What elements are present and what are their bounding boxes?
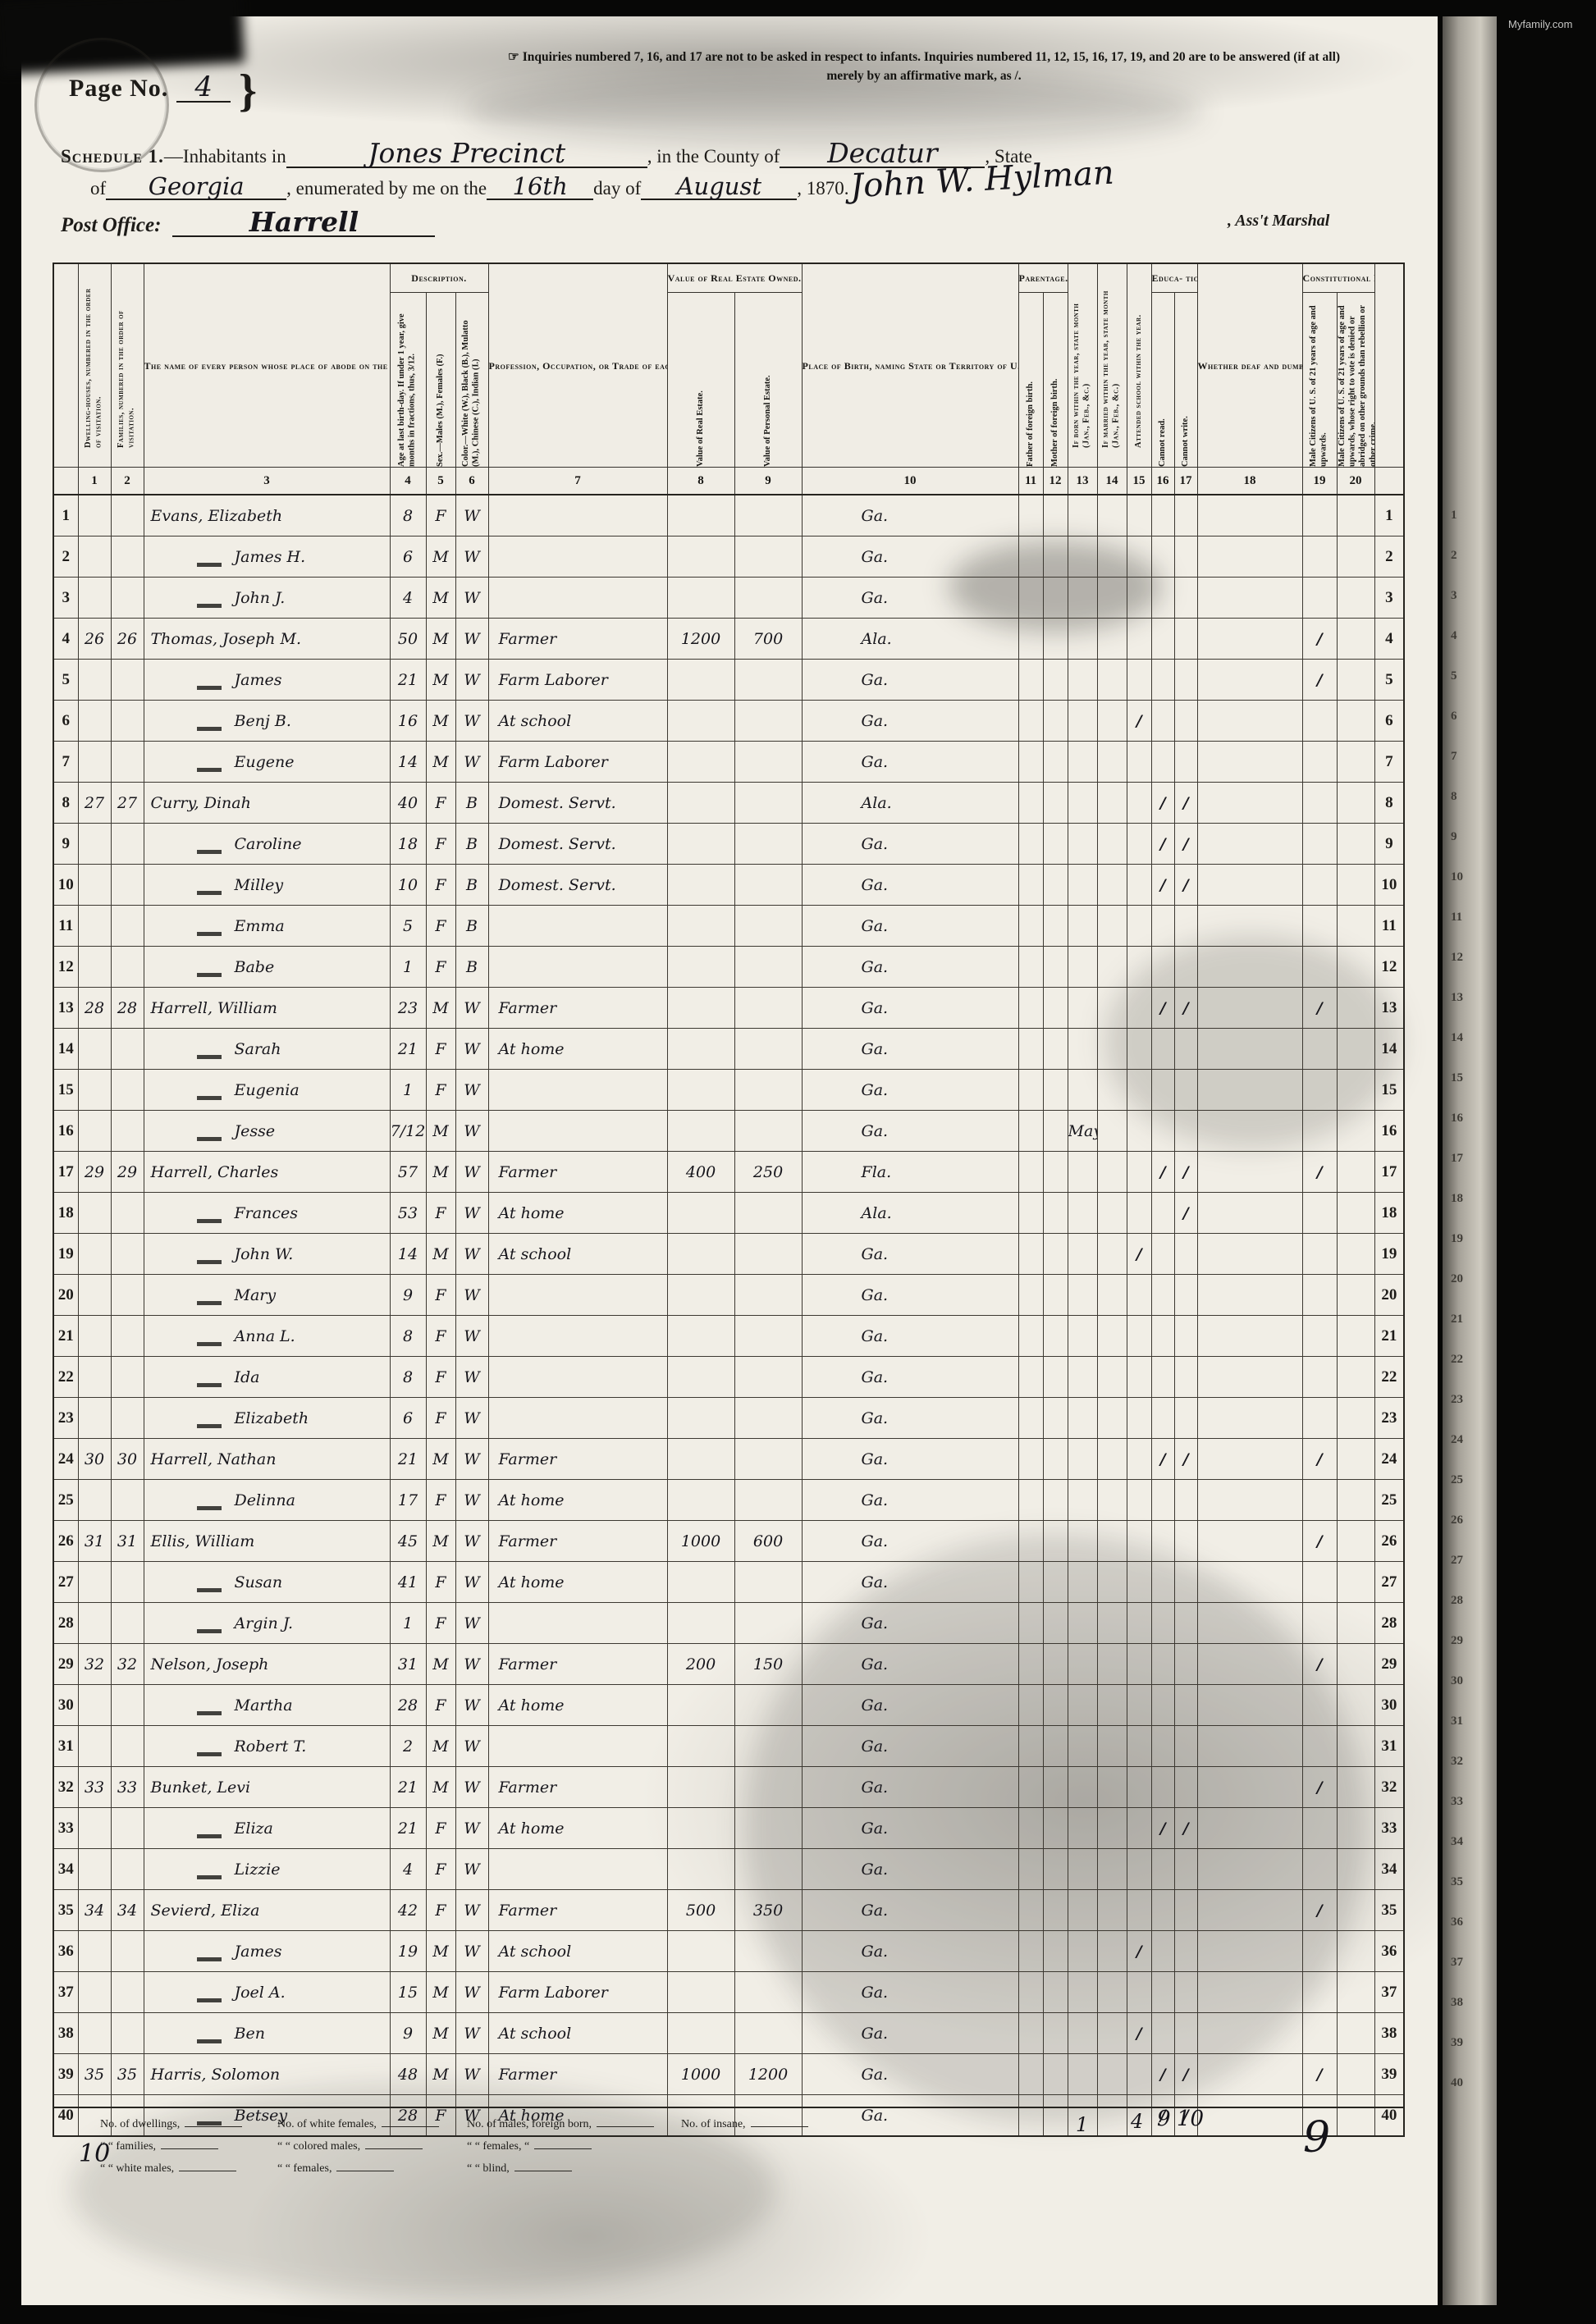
cell-cannot-read bbox=[1151, 619, 1174, 660]
cell-citizen-denied bbox=[1337, 1890, 1374, 1931]
cell-personal-estate bbox=[734, 1398, 802, 1439]
cell-attended-school bbox=[1127, 1480, 1151, 1521]
cell-male-citizen bbox=[1302, 947, 1337, 988]
cell-cannot-write bbox=[1174, 947, 1197, 988]
cell-marriage-month bbox=[1097, 1767, 1127, 1808]
cell-citizen-denied bbox=[1337, 1726, 1374, 1767]
cell-cannot-read: / bbox=[1151, 988, 1174, 1029]
cell-deaf-dumb bbox=[1197, 1808, 1302, 1849]
margin-col bbox=[53, 263, 78, 468]
cell-personal-estate bbox=[734, 947, 802, 988]
cell-deaf-dumb bbox=[1197, 865, 1302, 906]
table-row: 19John W.14MWAt schoolGa./19 bbox=[53, 1234, 1404, 1275]
cell-color: B bbox=[455, 947, 488, 988]
cell-attended-school bbox=[1127, 1316, 1151, 1357]
cell-birthplace: Ga. bbox=[802, 1357, 1018, 1398]
cell-father-foreign bbox=[1018, 2054, 1043, 2095]
row-number-right: 27 bbox=[1374, 1562, 1404, 1603]
cell-family bbox=[111, 865, 144, 906]
row-number-right: 8 bbox=[1374, 783, 1404, 824]
cell-occupation bbox=[488, 1603, 667, 1644]
cell-dwelling bbox=[78, 660, 111, 701]
cell-birth-month bbox=[1068, 1521, 1097, 1562]
cell-birthplace: Ga. bbox=[802, 2013, 1018, 2054]
cell-birthplace: Ga. bbox=[802, 865, 1018, 906]
cell-mother-foreign bbox=[1043, 783, 1068, 824]
cell-deaf-dumb bbox=[1197, 1890, 1302, 1931]
cell-age: 50 bbox=[390, 619, 426, 660]
cell-mother-foreign bbox=[1043, 1808, 1068, 1849]
written-total-col15: 4 bbox=[1131, 2110, 1143, 2133]
cell-occupation bbox=[488, 1111, 667, 1152]
cell-sex: F bbox=[426, 1849, 455, 1890]
cell-occupation: Farm Laborer bbox=[488, 660, 667, 701]
cell-dwelling: 29 bbox=[78, 1152, 111, 1193]
cell-color: W bbox=[455, 1111, 488, 1152]
cell-marriage-month bbox=[1097, 1849, 1127, 1890]
row-number-left: 29 bbox=[53, 1644, 78, 1685]
cell-deaf-dumb bbox=[1197, 1480, 1302, 1521]
cell-cannot-write bbox=[1174, 701, 1197, 742]
cell-real-estate bbox=[667, 988, 734, 1029]
district-value: Jones Precinct bbox=[286, 139, 647, 168]
cell-father-foreign bbox=[1018, 1562, 1043, 1603]
day-of-label: day of bbox=[593, 178, 641, 199]
table-row: 15Eugenia1FWGa.15 bbox=[53, 1070, 1404, 1111]
cell-marriage-month bbox=[1097, 1972, 1127, 2013]
cell-dwelling bbox=[78, 947, 111, 988]
cell-family: 34 bbox=[111, 1890, 144, 1931]
cell-name: James bbox=[144, 660, 390, 701]
cell-cannot-read: / bbox=[1151, 1439, 1174, 1480]
table-row: 27Susan41FWAt homeGa.27 bbox=[53, 1562, 1404, 1603]
cell-name: Babe bbox=[144, 947, 390, 988]
cell-mother-foreign bbox=[1043, 1439, 1068, 1480]
cell-birth-month bbox=[1068, 495, 1097, 536]
cell-citizen-denied bbox=[1337, 1234, 1374, 1275]
cell-birth-month bbox=[1068, 947, 1097, 988]
cell-cannot-write bbox=[1174, 495, 1197, 536]
cell-marriage-month bbox=[1097, 1931, 1127, 1972]
cell-marriage-month bbox=[1097, 1644, 1127, 1685]
cell-occupation bbox=[488, 1849, 667, 1890]
cell-birth-month bbox=[1068, 906, 1097, 947]
margin-col-right bbox=[1374, 263, 1404, 468]
cell-sex: M bbox=[426, 1234, 455, 1275]
cell-male-citizen bbox=[1302, 578, 1337, 619]
cell-sex: F bbox=[426, 1275, 455, 1316]
cell-name: Sarah bbox=[144, 1029, 390, 1070]
cell-family bbox=[111, 1193, 144, 1234]
col8-header: Value of Real Estate. bbox=[667, 293, 734, 468]
cell-personal-estate bbox=[734, 1439, 802, 1480]
cell-color: B bbox=[455, 865, 488, 906]
cell-occupation bbox=[488, 495, 667, 536]
cell-age: 31 bbox=[390, 1644, 426, 1685]
cell-deaf-dumb bbox=[1197, 1562, 1302, 1603]
cell-age: 28 bbox=[390, 1685, 426, 1726]
cell-color: W bbox=[455, 1316, 488, 1357]
cell-color: W bbox=[455, 1275, 488, 1316]
cell-marriage-month bbox=[1097, 1398, 1127, 1439]
cell-occupation: Domest. Servt. bbox=[488, 865, 667, 906]
table-row: 34Lizzie4FWGa.34 bbox=[53, 1849, 1404, 1890]
cell-age: 7/12 bbox=[390, 1111, 426, 1152]
cell-deaf-dumb bbox=[1197, 1111, 1302, 1152]
cell-dwelling bbox=[78, 1685, 111, 1726]
cell-name: Frances bbox=[144, 1193, 390, 1234]
cell-real-estate bbox=[667, 824, 734, 865]
cell-age: 4 bbox=[390, 578, 426, 619]
cell-deaf-dumb bbox=[1197, 536, 1302, 578]
cell-cannot-write bbox=[1174, 578, 1197, 619]
cell-birth-month bbox=[1068, 1480, 1097, 1521]
cell-citizen-denied bbox=[1337, 947, 1374, 988]
cell-occupation: At home bbox=[488, 1193, 667, 1234]
cell-male-citizen bbox=[1302, 1972, 1337, 2013]
cell-marriage-month bbox=[1097, 1726, 1127, 1767]
group-constitutional: Constitutional Relations. bbox=[1302, 263, 1374, 293]
cell-family bbox=[111, 1070, 144, 1111]
cell-father-foreign bbox=[1018, 701, 1043, 742]
cell-dwelling bbox=[78, 1111, 111, 1152]
cell-sex: M bbox=[426, 536, 455, 578]
cell-attended-school bbox=[1127, 1562, 1151, 1603]
cell-age: 9 bbox=[390, 1275, 426, 1316]
cell-family: 26 bbox=[111, 619, 144, 660]
cell-family: 35 bbox=[111, 2054, 144, 2095]
cell-citizen-denied bbox=[1337, 1562, 1374, 1603]
cell-dwelling bbox=[78, 1070, 111, 1111]
cell-deaf-dumb bbox=[1197, 1972, 1302, 2013]
row-number-left: 21 bbox=[53, 1316, 78, 1357]
cell-birthplace: Ga. bbox=[802, 1726, 1018, 1767]
edge-row-number: 26 bbox=[1451, 1500, 1463, 1541]
column-number-row: 1234567891011121314151617181920 bbox=[53, 468, 1404, 495]
cell-occupation bbox=[488, 947, 667, 988]
row-number-right: 36 bbox=[1374, 1931, 1404, 1972]
edge-row-number: 11 bbox=[1451, 897, 1463, 938]
cell-age: 8 bbox=[390, 1357, 426, 1398]
cell-real-estate bbox=[667, 1439, 734, 1480]
cell-age: 40 bbox=[390, 783, 426, 824]
column-number: 3 bbox=[144, 468, 390, 495]
cell-age: 1 bbox=[390, 947, 426, 988]
group-value-owned: Value of Real Estate Owned. bbox=[667, 263, 802, 293]
cell-occupation: Domest. Servt. bbox=[488, 824, 667, 865]
cell-male-citizen: / bbox=[1302, 2054, 1337, 2095]
cell-male-citizen bbox=[1302, 536, 1337, 578]
cell-sex: F bbox=[426, 1316, 455, 1357]
row-number-left: 36 bbox=[53, 1931, 78, 1972]
cell-birthplace: Ga. bbox=[802, 536, 1018, 578]
cell-family bbox=[111, 1562, 144, 1603]
cell-dwelling: 35 bbox=[78, 2054, 111, 2095]
cell-occupation: Farmer bbox=[488, 1890, 667, 1931]
cell-marriage-month bbox=[1097, 578, 1127, 619]
cell-name: Harrell, Charles bbox=[144, 1152, 390, 1193]
cell-mother-foreign bbox=[1043, 1357, 1068, 1398]
cell-personal-estate: 700 bbox=[734, 619, 802, 660]
table-row: 36James19MWAt schoolGa./36 bbox=[53, 1931, 1404, 1972]
cell-personal-estate bbox=[734, 742, 802, 783]
row-number-right: 2 bbox=[1374, 536, 1404, 578]
cell-real-estate bbox=[667, 1029, 734, 1070]
cell-birth-month bbox=[1068, 1070, 1097, 1111]
cell-family bbox=[111, 906, 144, 947]
row-number-right: 21 bbox=[1374, 1316, 1404, 1357]
cell-mother-foreign bbox=[1043, 1726, 1068, 1767]
cell-male-citizen bbox=[1302, 701, 1337, 742]
cell-dwelling bbox=[78, 1357, 111, 1398]
cell-birthplace: Ga. bbox=[802, 947, 1018, 988]
cell-father-foreign bbox=[1018, 1644, 1043, 1685]
cell-cannot-read: / bbox=[1151, 2054, 1174, 2095]
cell-personal-estate bbox=[734, 1193, 802, 1234]
cell-deaf-dumb bbox=[1197, 1931, 1302, 1972]
cell-family bbox=[111, 1685, 144, 1726]
row-number-left: 23 bbox=[53, 1398, 78, 1439]
row-number-left: 40 bbox=[53, 2095, 78, 2137]
cell-personal-estate: 1200 bbox=[734, 2054, 802, 2095]
cell-cannot-read bbox=[1151, 1070, 1174, 1111]
cell-occupation: At home bbox=[488, 1685, 667, 1726]
cell-personal-estate: 350 bbox=[734, 1890, 802, 1931]
cell-cannot-read bbox=[1151, 701, 1174, 742]
row-number-right: 10 bbox=[1374, 865, 1404, 906]
cell-male-citizen bbox=[1302, 1398, 1337, 1439]
cell-color: W bbox=[455, 1152, 488, 1193]
cell-dwelling bbox=[78, 1398, 111, 1439]
cell-birth-month bbox=[1068, 1890, 1097, 1931]
cell-color: W bbox=[455, 1726, 488, 1767]
cell-cannot-read bbox=[1151, 660, 1174, 701]
row-number-right: 34 bbox=[1374, 1849, 1404, 1890]
cell-personal-estate bbox=[734, 1111, 802, 1152]
cell-personal-estate bbox=[734, 1275, 802, 1316]
cell-father-foreign bbox=[1018, 1849, 1043, 1890]
cell-father-foreign bbox=[1018, 1767, 1043, 1808]
cell-male-citizen bbox=[1302, 1357, 1337, 1398]
cell-citizen-denied bbox=[1337, 1275, 1374, 1316]
cell-family bbox=[111, 536, 144, 578]
cell-marriage-month bbox=[1097, 1562, 1127, 1603]
cell-age: 23 bbox=[390, 988, 426, 1029]
cell-personal-estate bbox=[734, 2013, 802, 2054]
cell-personal-estate bbox=[734, 988, 802, 1029]
cell-age: 42 bbox=[390, 1890, 426, 1931]
cell-cannot-read bbox=[1151, 742, 1174, 783]
cell-birth-month bbox=[1068, 1234, 1097, 1275]
cell-family bbox=[111, 578, 144, 619]
cell-attended-school bbox=[1127, 1152, 1151, 1193]
footer-label: No. of males, foreign born, bbox=[467, 2118, 592, 2131]
cell-father-foreign bbox=[1018, 1152, 1043, 1193]
row-number-right: 7 bbox=[1374, 742, 1404, 783]
row-number-left: 16 bbox=[53, 1111, 78, 1152]
cell-birthplace: Ga. bbox=[802, 1562, 1018, 1603]
cell-cannot-read bbox=[1151, 1398, 1174, 1439]
row-number-right: 31 bbox=[1374, 1726, 1404, 1767]
row-number-right: 3 bbox=[1374, 578, 1404, 619]
row-number-right: 20 bbox=[1374, 1275, 1404, 1316]
edge-row-number: 29 bbox=[1451, 1621, 1463, 1661]
cell-name: Harris, Solomon bbox=[144, 2054, 390, 2095]
schedule-label: Schedule 1. bbox=[61, 146, 164, 167]
cell-dwelling bbox=[78, 536, 111, 578]
cell-birthplace: Ga. bbox=[802, 1972, 1018, 2013]
edge-row-number: 1 bbox=[1451, 495, 1463, 536]
cell-citizen-denied bbox=[1337, 1029, 1374, 1070]
cell-attended-school bbox=[1127, 783, 1151, 824]
cell-dwelling bbox=[78, 1849, 111, 1890]
cell-deaf-dumb bbox=[1197, 2095, 1302, 2137]
cell-father-foreign bbox=[1018, 1685, 1043, 1726]
cell-real-estate bbox=[667, 495, 734, 536]
col1-header: Dwelling-houses, numbered in the order o… bbox=[78, 263, 111, 468]
cell-sex: M bbox=[426, 1726, 455, 1767]
cell-occupation: At school bbox=[488, 2013, 667, 2054]
cell-attended-school bbox=[1127, 1603, 1151, 1644]
month-value: August bbox=[641, 175, 797, 200]
cell-cannot-write: / bbox=[1174, 783, 1197, 824]
cell-mother-foreign bbox=[1043, 2095, 1068, 2137]
cell-mother-foreign bbox=[1043, 906, 1068, 947]
cell-citizen-denied bbox=[1337, 1849, 1374, 1890]
row-number-right: 28 bbox=[1374, 1603, 1404, 1644]
page-number-value: 4 bbox=[176, 75, 231, 103]
group-description: Description. bbox=[390, 263, 488, 293]
cell-citizen-denied bbox=[1337, 495, 1374, 536]
cell-age: 21 bbox=[390, 1767, 426, 1808]
cell-birthplace: Ga. bbox=[802, 1890, 1018, 1931]
cell-color: W bbox=[455, 2054, 488, 2095]
cell-personal-estate: 600 bbox=[734, 1521, 802, 1562]
cell-birth-month bbox=[1068, 1562, 1097, 1603]
cell-deaf-dumb bbox=[1197, 2013, 1302, 2054]
column-number: 7 bbox=[488, 468, 667, 495]
cell-birthplace: Ga. bbox=[802, 1029, 1018, 1070]
cell-age: 21 bbox=[390, 1029, 426, 1070]
cell-real-estate bbox=[667, 1562, 734, 1603]
row-number-right: 15 bbox=[1374, 1070, 1404, 1111]
cell-attended-school bbox=[1127, 947, 1151, 988]
cell-mother-foreign bbox=[1043, 2054, 1068, 2095]
cell-cannot-write bbox=[1174, 1521, 1197, 1562]
cell-name: Benj B. bbox=[144, 701, 390, 742]
cell-marriage-month bbox=[1097, 947, 1127, 988]
cell-attended-school: / bbox=[1127, 701, 1151, 742]
cell-occupation: Farmer bbox=[488, 2054, 667, 2095]
cell-name: Bunket, Levi bbox=[144, 1767, 390, 1808]
cell-sex: M bbox=[426, 1111, 455, 1152]
cell-cannot-read bbox=[1151, 906, 1174, 947]
edge-row-number: 8 bbox=[1451, 777, 1463, 817]
cell-family bbox=[111, 742, 144, 783]
table-row: 12Babe1FBGa.12 bbox=[53, 947, 1404, 988]
cell-marriage-month bbox=[1097, 1234, 1127, 1275]
cell-color: W bbox=[455, 701, 488, 742]
edge-row-number: 24 bbox=[1451, 1420, 1463, 1460]
cell-dwelling bbox=[78, 1808, 111, 1849]
cell-occupation bbox=[488, 578, 667, 619]
table-row: 20Mary9FWGa.20 bbox=[53, 1275, 1404, 1316]
cell-deaf-dumb bbox=[1197, 742, 1302, 783]
cell-sex: F bbox=[426, 1193, 455, 1234]
row-number-left: 34 bbox=[53, 1849, 78, 1890]
cell-mother-foreign bbox=[1043, 1972, 1068, 2013]
cell-personal-estate bbox=[734, 1685, 802, 1726]
cell-sex: M bbox=[426, 1152, 455, 1193]
cell-male-citizen bbox=[1302, 1685, 1337, 1726]
cell-real-estate bbox=[667, 1972, 734, 2013]
cell-family bbox=[111, 495, 144, 536]
cell-dwelling bbox=[78, 865, 111, 906]
cell-birthplace: Ga. bbox=[802, 1767, 1018, 1808]
cell-father-foreign bbox=[1018, 865, 1043, 906]
instructions: ☞ Inquiries numbered 7, 16, and 17 are n… bbox=[432, 48, 1416, 86]
cell-father-foreign bbox=[1018, 988, 1043, 1029]
cell-sex: F bbox=[426, 1357, 455, 1398]
cell-mother-foreign bbox=[1043, 1685, 1068, 1726]
cell-citizen-denied bbox=[1337, 1357, 1374, 1398]
row-number-right: 37 bbox=[1374, 1972, 1404, 2013]
cell-family bbox=[111, 1316, 144, 1357]
cell-color: W bbox=[455, 1562, 488, 1603]
cell-real-estate bbox=[667, 1193, 734, 1234]
cell-cannot-write bbox=[1174, 1644, 1197, 1685]
cell-attended-school bbox=[1127, 1398, 1151, 1439]
row-number-right: 9 bbox=[1374, 824, 1404, 865]
cell-sex: F bbox=[426, 1398, 455, 1439]
cell-dwelling bbox=[78, 1275, 111, 1316]
cell-father-foreign bbox=[1018, 578, 1043, 619]
cell-citizen-denied bbox=[1337, 1070, 1374, 1111]
table-row: 263131Ellis, William45MWFarmer1000600Ga.… bbox=[53, 1521, 1404, 1562]
cell-birthplace: Ga. bbox=[802, 1234, 1018, 1275]
cell-deaf-dumb bbox=[1197, 1767, 1302, 1808]
cell-attended-school bbox=[1127, 1521, 1151, 1562]
cell-real-estate bbox=[667, 1357, 734, 1398]
margin-blank bbox=[1374, 468, 1404, 495]
cell-citizen-denied bbox=[1337, 1398, 1374, 1439]
cell-age: 18 bbox=[390, 824, 426, 865]
cell-occupation: At school bbox=[488, 1234, 667, 1275]
cell-male-citizen bbox=[1302, 1193, 1337, 1234]
cell-dwelling bbox=[78, 1726, 111, 1767]
cell-marriage-month bbox=[1097, 1808, 1127, 1849]
cell-cannot-write bbox=[1174, 1849, 1197, 1890]
col5-header: Sex.—Males (M.), Females (F.) bbox=[426, 293, 455, 468]
edge-row-number: 38 bbox=[1451, 1983, 1463, 2023]
cell-name: Evans, Elizabeth bbox=[144, 495, 390, 536]
cell-mother-foreign bbox=[1043, 1234, 1068, 1275]
cell-age: 2 bbox=[390, 1726, 426, 1767]
column-number: 19 bbox=[1302, 468, 1337, 495]
cell-family bbox=[111, 1029, 144, 1070]
cell-sex: F bbox=[426, 1890, 455, 1931]
cell-birthplace: Ga. bbox=[802, 1603, 1018, 1644]
cell-male-citizen bbox=[1302, 1234, 1337, 1275]
cell-real-estate bbox=[667, 1316, 734, 1357]
cell-birthplace: Ala. bbox=[802, 619, 1018, 660]
cell-citizen-denied bbox=[1337, 1521, 1374, 1562]
cell-father-foreign bbox=[1018, 1070, 1043, 1111]
cell-marriage-month bbox=[1097, 1275, 1127, 1316]
column-number: 2 bbox=[111, 468, 144, 495]
cell-name: Susan bbox=[144, 1562, 390, 1603]
cell-dwelling bbox=[78, 1562, 111, 1603]
